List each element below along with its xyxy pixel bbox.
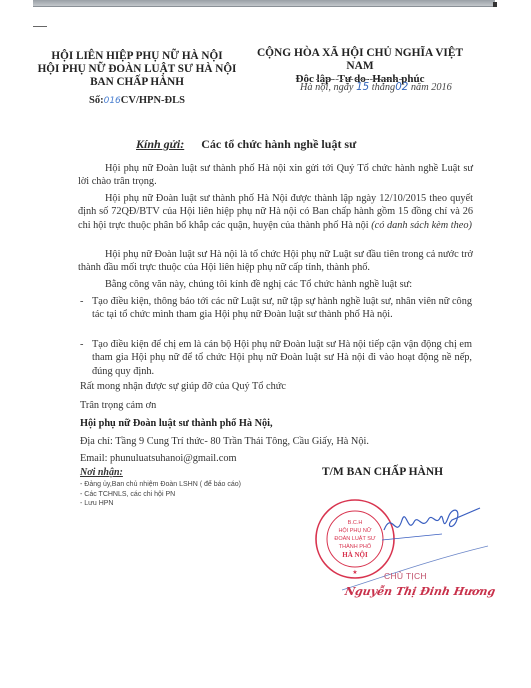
- header-organization: HỘI LIÊN HIỆP PHỤ NỮ HÀ NỘI HỘI PHỤ NỮ Đ…: [30, 50, 244, 89]
- so-label: Số:: [89, 95, 104, 106]
- signer-name: Nguyễn Thị Đinh Hương: [344, 585, 496, 598]
- paragraph-greeting: Hội phụ nữ Đoàn luật sư thành phố Hà nội…: [78, 162, 473, 189]
- date-day: 15: [356, 81, 369, 93]
- bullet-dash: -: [80, 338, 83, 351]
- org-line-3: BAN CHẤP HÀNH: [30, 76, 244, 89]
- recipient-line: Kính gửi: Các tổ chức hành nghề luật sư: [136, 137, 356, 152]
- bullet-text: Tạo điều kiện để chị em là cán bộ Hội ph…: [92, 338, 472, 378]
- closing-thanks: Trân trọng cảm ơn: [80, 400, 156, 411]
- closing-request: Rất mong nhận được sự giúp đỡ của Quý Tổ…: [80, 381, 286, 392]
- attachment-note: (có danh sách kèm theo): [371, 220, 472, 231]
- recipients-label: Nơi nhận:: [80, 467, 123, 478]
- bullet-text: Tạo điều kiện, thông báo tới các nữ Luật…: [92, 295, 472, 322]
- closing-org: Hội phụ nữ Đoàn luật sư thành phố Hà Nội…: [80, 418, 273, 429]
- closing-address: Địa chỉ: Tầng 9 Cung Trí thức- 80 Trần T…: [80, 436, 369, 447]
- bullet-item: - Tạo điều kiện, thông báo tới các nữ Lu…: [80, 295, 472, 322]
- org-line-1: HỘI LIÊN HIỆP PHỤ NỮ HÀ NỘI: [30, 50, 244, 63]
- bullet-dash: -: [80, 295, 83, 308]
- motto-underline: [316, 79, 402, 80]
- paragraph-founding: Hội phụ nữ Đoàn luật sư thành phố Hà Nội…: [78, 192, 473, 232]
- recipient-item: - Lưu HPN: [80, 499, 241, 509]
- date-month-label: tháng: [372, 82, 395, 93]
- signer-title: CHỦ TỊCH: [384, 571, 427, 581]
- recipient-item: - Các TCHNLS, các chi hội PN: [80, 490, 241, 500]
- recipient-text: Các tổ chức hành nghề luật sư: [201, 137, 356, 151]
- so-code: CV/HPN-ĐLS: [121, 95, 185, 106]
- recipient-item: - Đảng ủy,Ban chủ nhiệm Đoàn LSHN ( để b…: [80, 480, 241, 490]
- paragraph-request: Bằng công văn này, chúng tôi kính đề ngh…: [78, 278, 473, 291]
- scan-dash-mark: [33, 26, 47, 27]
- org-line-2: HỘI PHỤ NỮ ĐOÀN LUẬT SƯ HÀ NỘI: [30, 63, 244, 76]
- scan-edge-bar: [33, 0, 495, 7]
- scan-edge-mark: [493, 2, 497, 7]
- svg-text:HỘI PHỤ NỮ: HỘI PHỤ NỮ: [338, 527, 371, 534]
- recipients-list: - Đảng ủy,Ban chủ nhiệm Đoàn LSHN ( để b…: [80, 480, 241, 509]
- paragraph-first: Hội phụ nữ Đoàn luật sư Hà nội là tổ chứ…: [78, 248, 473, 275]
- svg-text:B.C.H: B.C.H: [348, 520, 363, 526]
- date-month: 02: [395, 81, 408, 93]
- document-date: Hà nội, ngày 15 tháng02 năm 2016: [300, 81, 452, 93]
- country-name: CỘNG HÒA XÃ HỘI CHỦ NGHĨA VIỆT NAM: [247, 47, 473, 73]
- date-prefix: Hà nội, ngày: [300, 82, 353, 93]
- so-number-handwritten: 016: [104, 96, 121, 106]
- closing-email: Email: phunuluatsuhanoi@gmail.com: [80, 453, 236, 464]
- recipient-label: Kính gửi:: [136, 137, 184, 151]
- bullet-item: - Tạo điều kiện để chị em là cán bộ Hội …: [80, 338, 472, 378]
- document-number: Số:016CV/HPN-ĐLS: [30, 95, 244, 106]
- date-year: năm 2016: [411, 82, 452, 93]
- on-behalf-title: T/M BAN CHẤP HÀNH: [322, 466, 443, 478]
